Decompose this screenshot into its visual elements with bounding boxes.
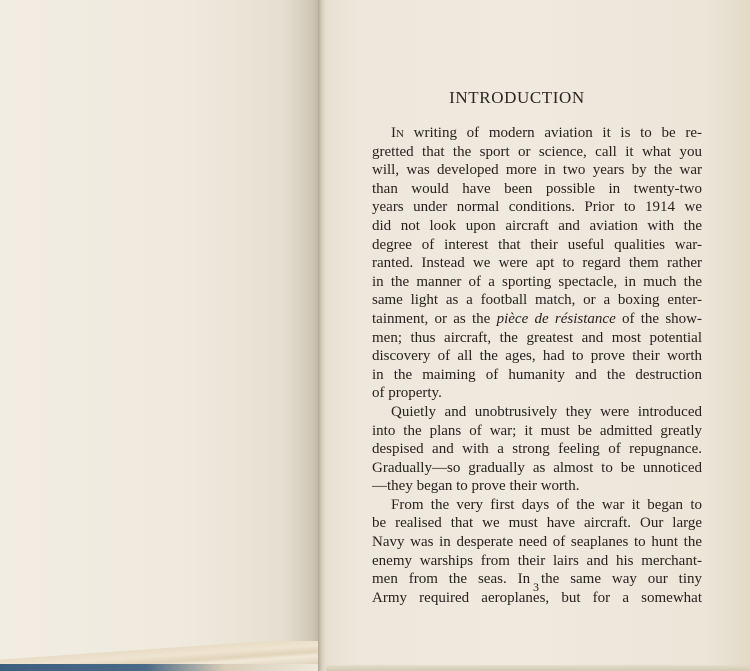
italic-phrase: pièce de résistance bbox=[497, 311, 616, 327]
text-line: in the manner of a sporting spectacle, i… bbox=[372, 273, 702, 292]
text-line: From the very first days of the war it b… bbox=[372, 496, 702, 515]
text-line: discovery of all the ages, had to prove … bbox=[372, 347, 702, 366]
text-line: In writing of modern aviation it is to b… bbox=[372, 124, 702, 143]
text-line: into the plans of war; it must be admitt… bbox=[372, 422, 702, 441]
page-bottom-edge bbox=[326, 665, 750, 671]
left-page-blank bbox=[0, 0, 322, 671]
text-line: degree of interest that their useful qua… bbox=[372, 236, 702, 255]
text-line: Navy was in desperate need of seaplanes … bbox=[372, 533, 702, 552]
text-line: did not look upon aircraft and aviation … bbox=[372, 217, 702, 236]
text-line: despised and with a strong feeling of re… bbox=[372, 440, 702, 459]
drop-word: In bbox=[391, 125, 404, 141]
text-line: ranted. Instead we were apt to regard th… bbox=[372, 254, 702, 273]
page-number: 3 bbox=[530, 580, 542, 595]
text-line: gretted that the sport or science, call … bbox=[372, 143, 702, 162]
text-line: of property. bbox=[372, 384, 702, 403]
book-cover-edge bbox=[0, 664, 322, 671]
open-book-spread: INTRODUCTION In writing of modern aviati… bbox=[0, 0, 750, 671]
text-line: tainment, or as the pièce de résistance … bbox=[372, 310, 702, 329]
text-line: Gradually—so gradually as almost to be u… bbox=[372, 459, 702, 478]
text-line: be realised that we must have aircraft. … bbox=[372, 514, 702, 533]
text-line: enemy warships from their lairs and his … bbox=[372, 552, 702, 571]
text-line: same light as a football match, or a box… bbox=[372, 291, 702, 310]
text-line: than would have been possible in twenty-… bbox=[372, 180, 702, 199]
text-line: men; thus aircraft, the greatest and mos… bbox=[372, 329, 702, 348]
text-line: years under normal conditions. Prior to … bbox=[372, 198, 702, 217]
text-line: will, was developed more in two years by… bbox=[372, 161, 702, 180]
text-line: in the maiming of humanity and the destr… bbox=[372, 366, 702, 385]
text-line: Quietly and unobtrusively they were intr… bbox=[372, 403, 702, 422]
chapter-title: INTRODUCTION bbox=[442, 88, 592, 108]
body-text: In writing of modern aviation it is to b… bbox=[372, 124, 702, 607]
text-line: —they began to prove their worth. bbox=[372, 477, 702, 496]
